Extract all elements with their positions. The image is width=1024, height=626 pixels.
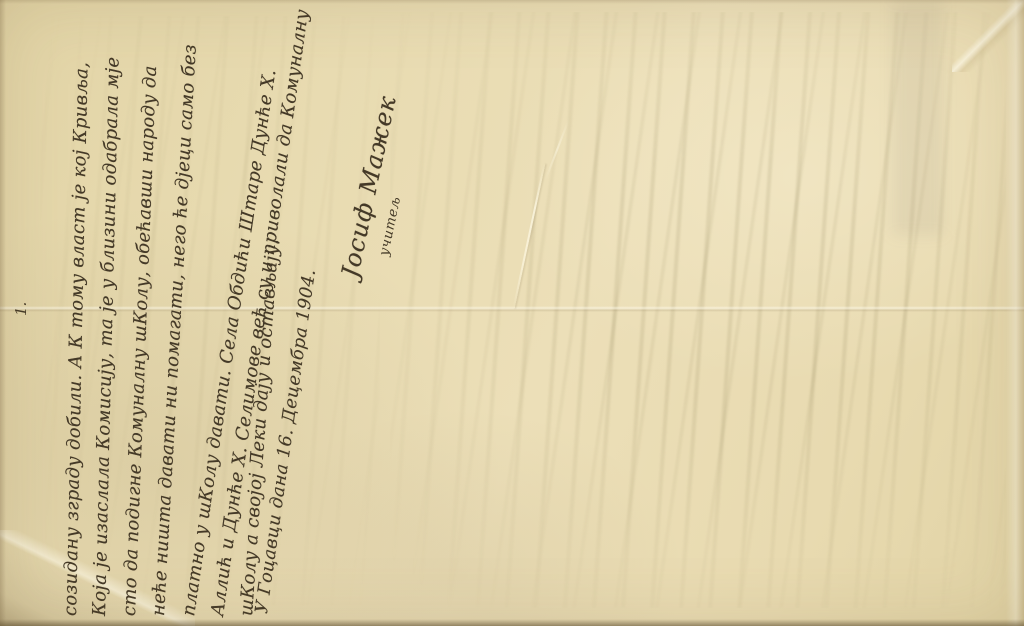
handwritten-body: созидану зграду добили. А К тому власт ј… [56, 16, 272, 616]
scan-streak [893, 0, 943, 235]
page-number-mark: 1. [12, 302, 30, 316]
letter-page: 1. созидану зграду добили. А К тому влас… [0, 0, 1024, 626]
paper-edge-top [0, 0, 1024, 4]
paper-edge-left [0, 0, 6, 626]
paper-edge-right [1006, 0, 1024, 626]
paper-edge-bottom [0, 619, 1024, 626]
